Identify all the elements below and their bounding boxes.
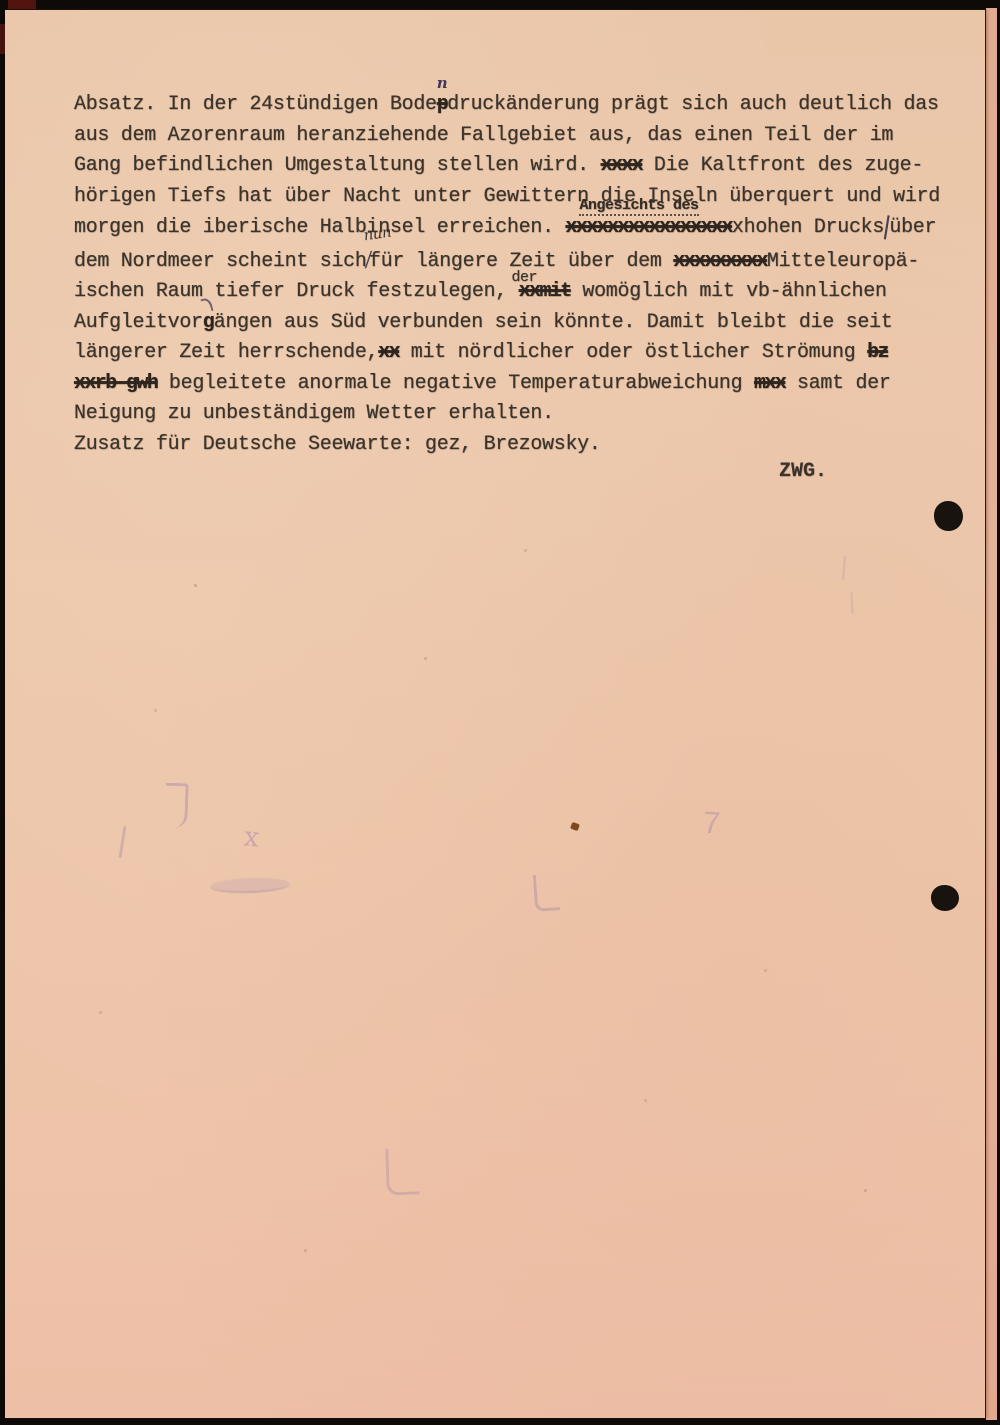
- typed-text: begleitete anormale negative Temperatura…: [157, 372, 754, 395]
- typed-text: mit nördlicher oder östlicher Strömung: [399, 341, 867, 364]
- struck-out-text: pn: [437, 93, 447, 116]
- typed-text: ischen Raum tiefer Druck festzulegen,: [74, 280, 519, 303]
- inserted-text-above: Angesichts des: [579, 198, 698, 216]
- text-line: Gang befindlichen Umgestaltung stellen w…: [74, 151, 964, 182]
- pencil-ghost-mark: [533, 873, 561, 912]
- text-line: dem Nordmeer scheint sich/nunfür längere…: [74, 244, 964, 278]
- pencil-ghost-mark: [385, 1147, 420, 1195]
- text-line: Zusatz für Deutsche Seewarte: gez, Brezo…: [74, 430, 964, 461]
- initials: ZWG.: [779, 460, 827, 483]
- pencil-ghost-mark: [164, 783, 189, 829]
- pencil-ghost-mark: 7: [701, 806, 722, 844]
- text-line: Aufgleitvorgängen aus Süd verbunden sein…: [74, 308, 964, 339]
- typed-text: Zusatz für Deutsche Seewarte: gez, Brezo…: [74, 433, 601, 456]
- typed-text: womöglich mit vb-ähnlichen: [571, 280, 887, 303]
- typed-text: dem Nordmeer scheint sich: [74, 250, 367, 273]
- corner-mark: [0, 24, 5, 54]
- typed-text: Absatz. In der 24stündigen Bode: [74, 93, 437, 116]
- struck-out-text: xxxxxxxxx: [673, 250, 767, 273]
- inserted-text-above: nun: [362, 224, 391, 243]
- typed-text: längerer Zeit herrschende,: [74, 341, 378, 364]
- typed-text: druckänderung prägt sich auch deutlich d…: [447, 93, 938, 116]
- text-line: aus dem Azorenraum heranziehende Fallgeb…: [74, 121, 964, 152]
- typed-text: Aufgleitvor: [74, 311, 203, 334]
- struck-out-text: xxmit: [519, 280, 571, 303]
- typed-text: Mitteleuropä-: [767, 250, 919, 273]
- typed-text: über dem: [556, 250, 673, 273]
- struck-out-text: xx: [378, 341, 399, 364]
- struck-out-text: mxx: [754, 372, 785, 395]
- struck-out-text: xxxx: [601, 154, 643, 177]
- typed-text: Zeitder: [509, 250, 556, 273]
- inserted-text-above: n: [437, 76, 447, 91]
- struck-out-text: xxrb gwh: [74, 372, 157, 395]
- typed-text: Gang befindlichen Umgestaltung stellen w…: [74, 154, 601, 177]
- typed-text: Die Kaltfront des zuge-: [642, 154, 923, 177]
- typed-text: für längere: [369, 250, 509, 273]
- struck-out-text: xxxxxxxxxxxxxxxxAngesichts des: [565, 216, 731, 239]
- text-line: hörigen Tiefs hat über Nacht unter Gewit…: [74, 182, 964, 213]
- typed-text: hörigen Tiefs hat über Nacht unter Gewit…: [74, 185, 940, 208]
- text-line: xxrb gwh begleitete anormale negative Te…: [74, 369, 964, 400]
- struck-out-text: bz: [867, 341, 888, 364]
- text-line: Absatz. In der 24stündigen Bodepndruckän…: [74, 90, 964, 121]
- text-line: längerer Zeit herrschende,xx mit nördlic…: [74, 338, 964, 369]
- text-line: morgen die iberische Halbinsel erreichen…: [74, 212, 964, 244]
- underlying-page-edge: [986, 8, 997, 1420]
- typed-text: Neigung zu unbeständigem Wetter erhalten…: [74, 402, 554, 425]
- typed-text: xhohen Drucks: [732, 216, 884, 239]
- corrected-character: g: [203, 311, 214, 334]
- scanned-document: { "document": { "language": "de", "lines…: [0, 0, 1000, 1425]
- typed-text: samt der: [785, 372, 890, 395]
- typed-text: ängen aus Süd verbunden sein könnte. Dam…: [214, 311, 893, 334]
- pencil-ghost-mark: x: [242, 821, 260, 853]
- typed-text: morgen die iberische Halbinsel erreichen…: [74, 216, 565, 239]
- text-line: Neigung zu unbeständigem Wetter erhalten…: [74, 399, 964, 430]
- paper-dust-specks: [5, 10, 6, 11]
- typewritten-text: Absatz. In der 24stündigen Bodepndruckän…: [74, 90, 964, 460]
- punch-hole: [931, 885, 959, 911]
- typed-text: aus dem Azorenraum heranziehende Fallgeb…: [74, 124, 893, 147]
- corner-mark: [8, 0, 36, 9]
- typed-text: über: [889, 216, 936, 239]
- punch-hole: [934, 501, 963, 531]
